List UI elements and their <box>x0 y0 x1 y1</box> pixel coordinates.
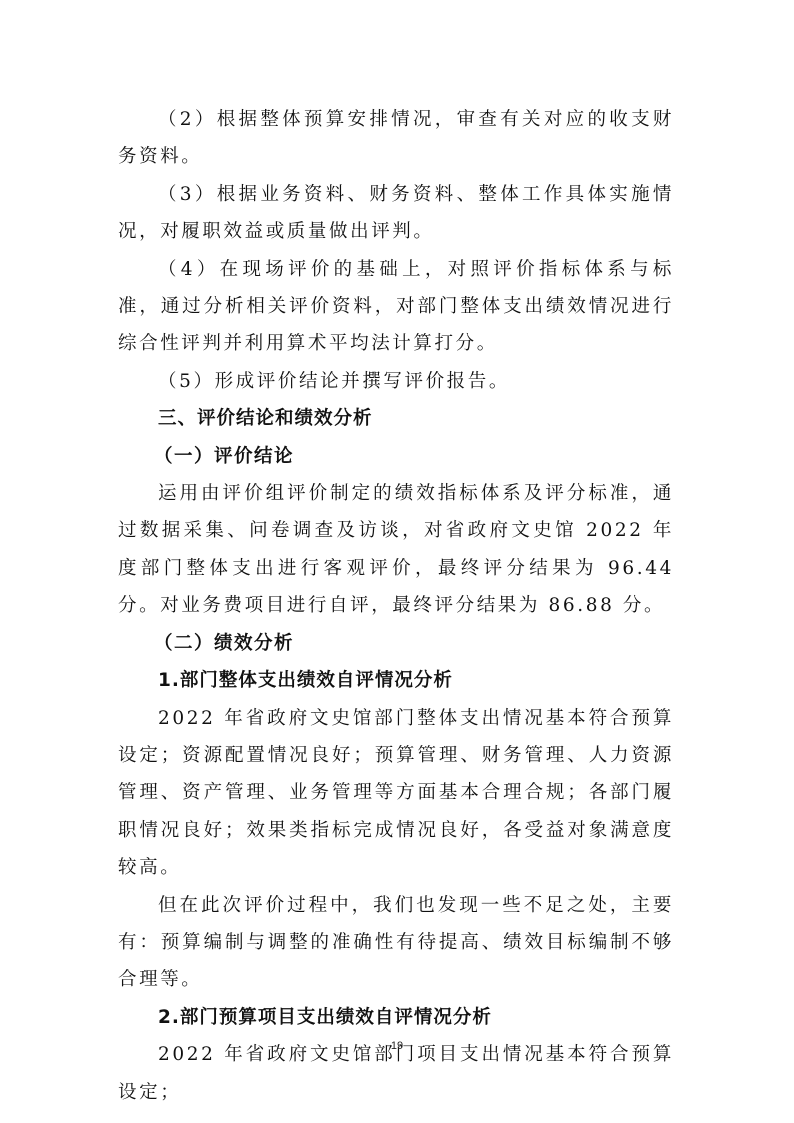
paragraph-step-5: （5）形成评价结论并撰写评价报告。 <box>118 363 674 400</box>
item-heading-project-expenditure: 2.部门预算项目支出绩效自评情况分析 <box>118 999 674 1036</box>
paragraph-conclusion: 运用由评价组评价制定的绩效指标体系及评分标准，通过数据采集、问卷调查及访谈，对省… <box>118 475 674 625</box>
paragraph-step-4: （4）在现场评价的基础上，对照评价指标体系与标准，通过分析相关评价资料，对部门整… <box>118 251 674 363</box>
subsection-heading-performance-analysis: （二）绩效分析 <box>118 625 674 662</box>
paragraph-issues: 但在此次评价过程中，我们也发现一些不足之处，主要有：预算编制与调整的准确性有待提… <box>118 887 674 999</box>
item-heading-overall-expenditure: 1.部门整体支出绩效自评情况分析 <box>118 662 674 699</box>
paragraph-step-2: （2）根据整体预算安排情况，审查有关对应的收支财务资料。 <box>118 101 674 176</box>
subsection-heading-conclusion: （一）评价结论 <box>118 438 674 475</box>
page-number: 19 <box>0 1040 794 1052</box>
document-page: （2）根据整体预算安排情况，审查有关对应的收支财务资料。 （3）根据业务资料、财… <box>118 101 674 1111</box>
section-heading-conclusion-analysis: 三、评价结论和绩效分析 <box>118 400 674 437</box>
paragraph-step-3: （3）根据业务资料、财务资料、整体工作具体实施情况，对履职效益或质量做出评判。 <box>118 176 674 251</box>
paragraph-overall-expenditure: 2022 年省政府文史馆部门整体支出情况基本符合预算设定；资源配置情况良好；预算… <box>118 700 674 887</box>
